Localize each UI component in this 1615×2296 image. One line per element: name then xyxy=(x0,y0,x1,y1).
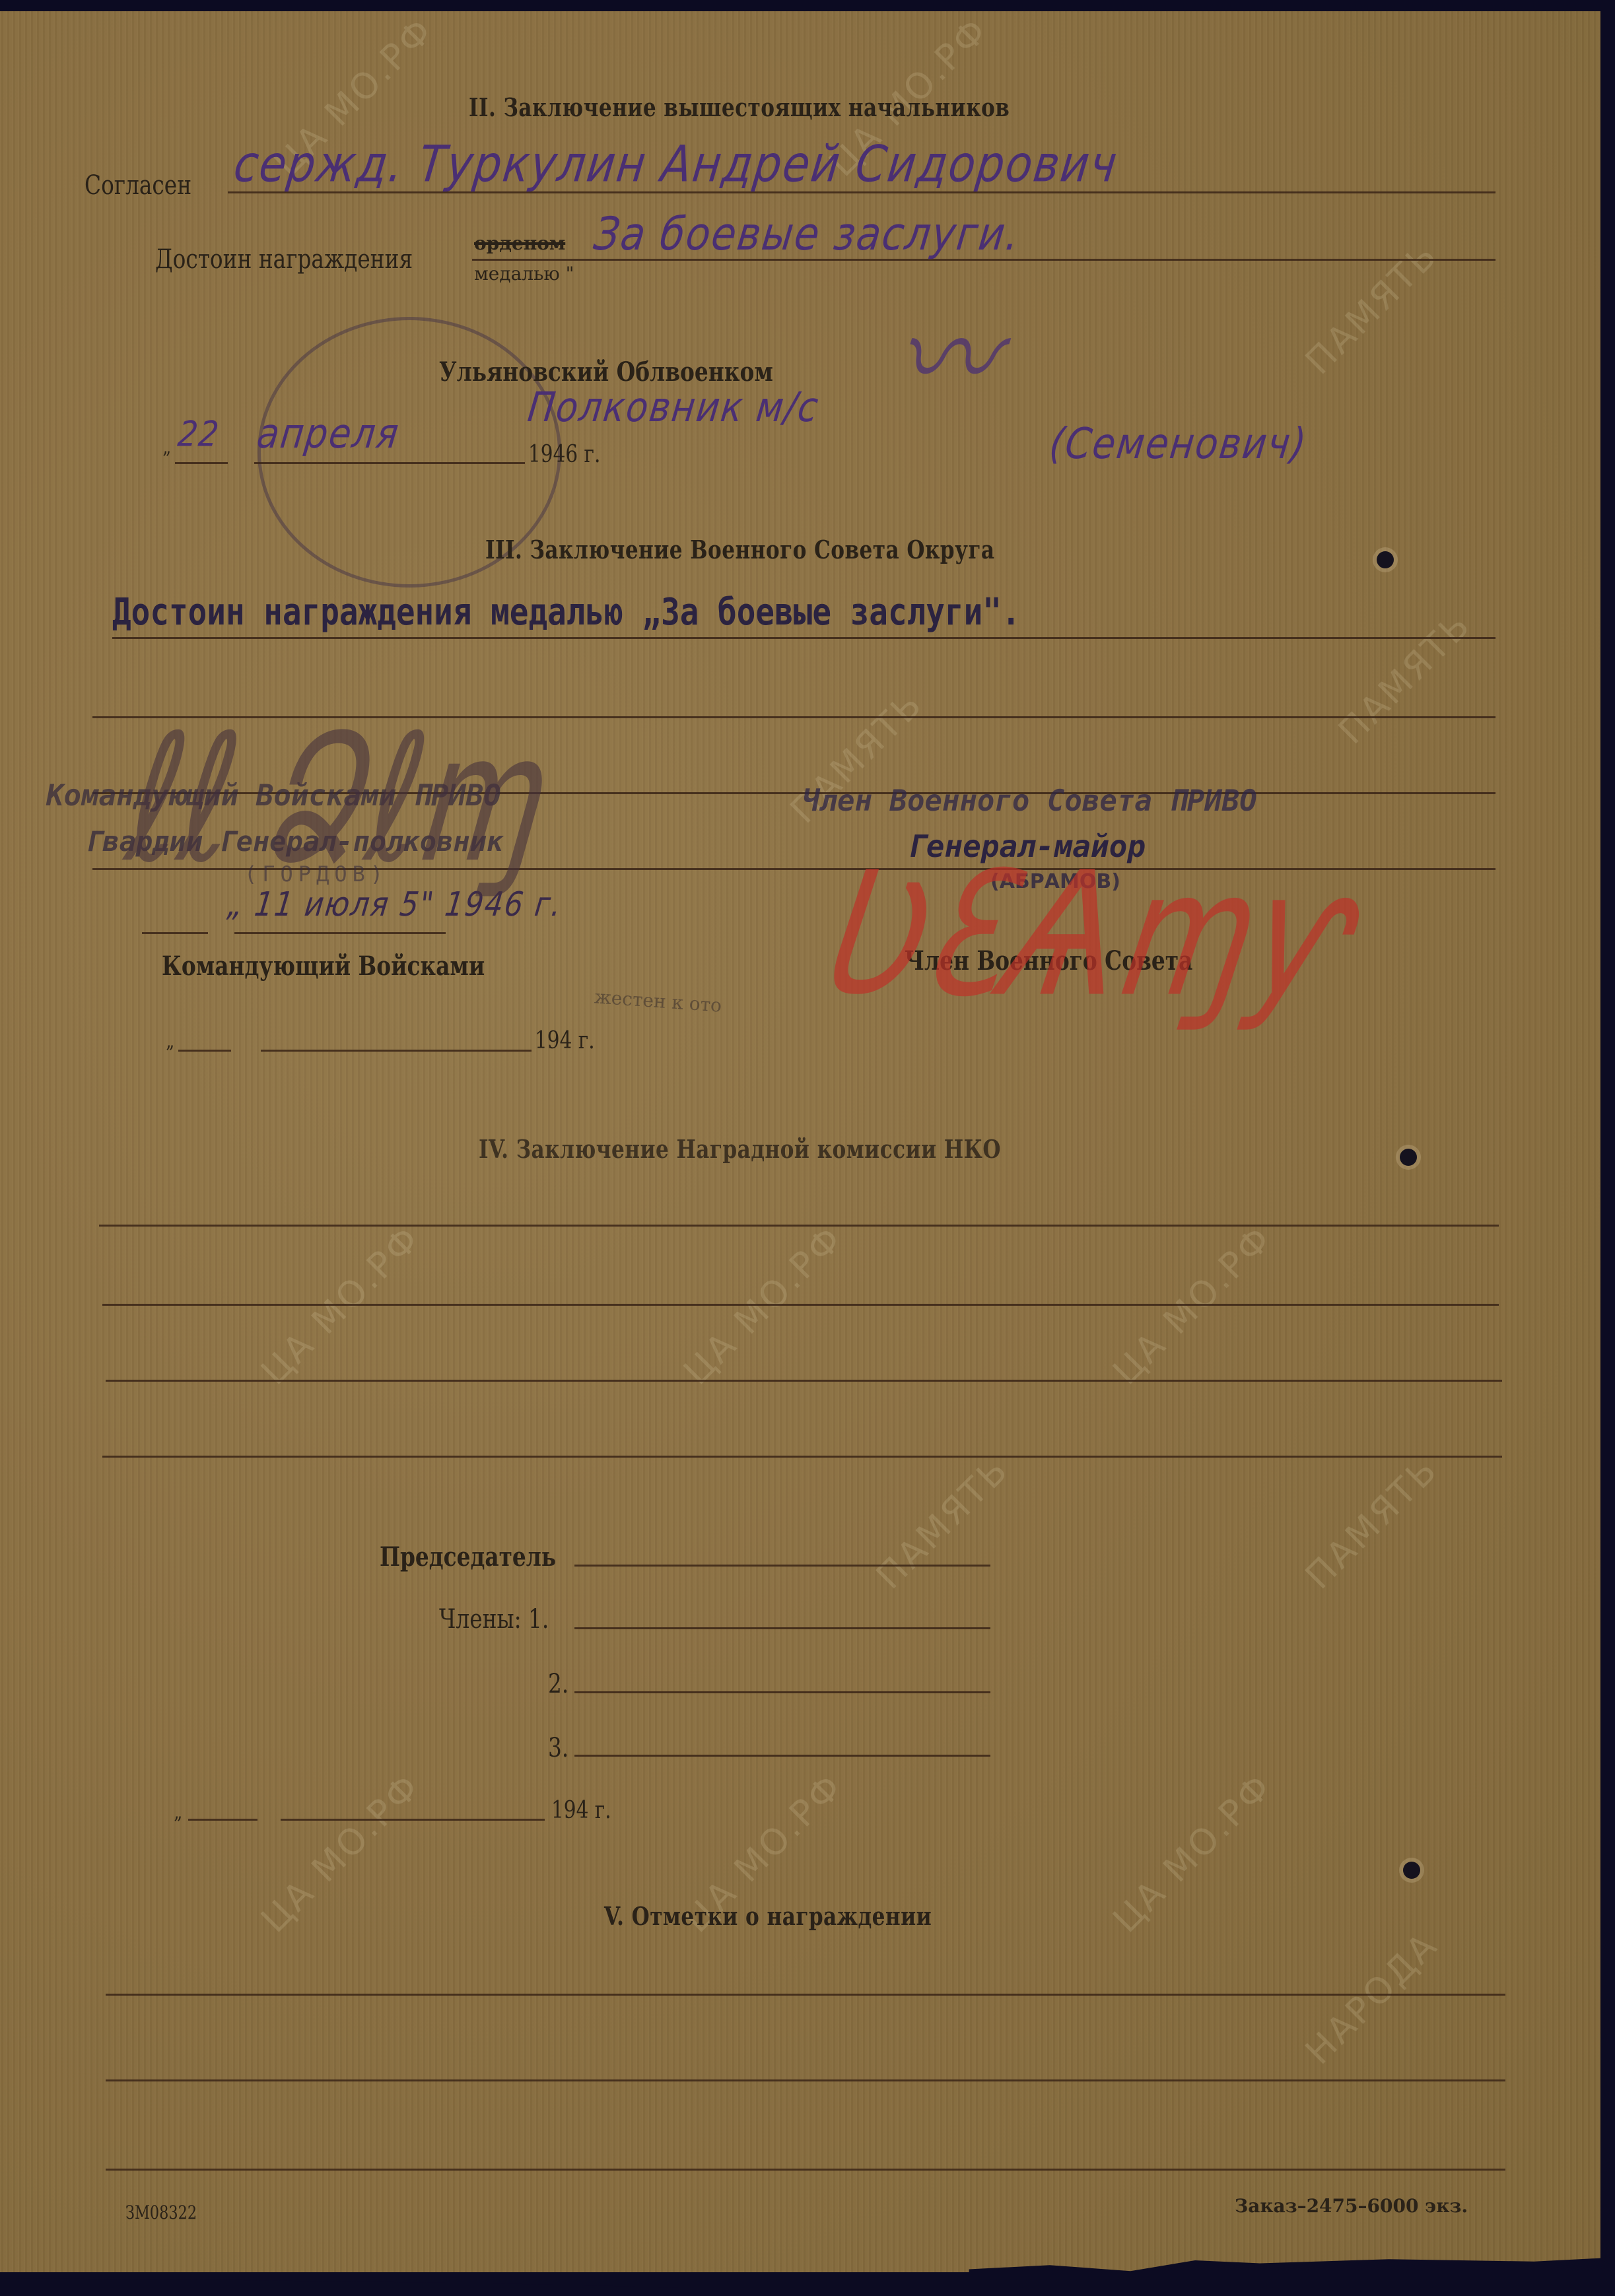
council-stamp-line1: Член Военного Совета ПРИВО xyxy=(802,784,1257,818)
blank-line xyxy=(106,1380,1502,1382)
date-month-handwritten: апреля xyxy=(255,409,403,457)
date-blank: 194 г. xyxy=(535,1027,595,1054)
date-open-quote: „ xyxy=(166,1030,174,1053)
date-open-quote: „ xyxy=(174,1801,182,1824)
date-day-line xyxy=(188,1819,258,1821)
blank-line xyxy=(102,1456,1502,1458)
members-label: Члены: 1. xyxy=(439,1604,549,1635)
chairman-label: Председатель xyxy=(380,1541,556,1572)
member-2-label: 2. xyxy=(548,1669,568,1699)
agree-label: Согласен xyxy=(85,170,191,201)
commander-label: Командующий Войсками xyxy=(162,951,485,982)
date-blank: 194 г. xyxy=(551,1797,611,1824)
chairman-line xyxy=(574,1565,990,1567)
punch-hole xyxy=(1377,551,1394,568)
section-4-heading: IV. Заключение Наградной комиссии НКО xyxy=(479,1134,1001,1164)
date-day-handwritten: 22 xyxy=(176,413,222,454)
member-1-line xyxy=(574,1627,990,1629)
date-month-line xyxy=(281,1819,545,1821)
blank-line xyxy=(99,1225,1499,1227)
blank-line xyxy=(106,1994,1505,1996)
signature-abramov-red: ƲƐѦɱƴ xyxy=(814,835,1367,1035)
date-month-line xyxy=(254,462,525,464)
date-open-quote: „ xyxy=(162,436,171,459)
agree-handwritten: сержд. Туркулин Андрей Сидорович xyxy=(231,135,1121,193)
signature-gordov: ℓℓ Ձℓɱ xyxy=(118,697,560,901)
worthy-label: Достоин награждения xyxy=(155,244,413,275)
punch-hole xyxy=(1403,1862,1420,1879)
section-3-heading: III. Заключение Военного Совета Округа xyxy=(485,535,994,564)
date-day-line xyxy=(178,1050,231,1052)
stamped-decision: Достоин награждения медалью „За боевые з… xyxy=(112,591,1021,634)
date-year: 1946 г. xyxy=(528,441,600,468)
form-code: ЗМ08322 xyxy=(125,2202,197,2223)
date-day-line xyxy=(175,462,228,464)
member-3-line xyxy=(574,1755,990,1757)
blank-line xyxy=(106,2169,1505,2171)
member-2-line xyxy=(574,1691,990,1693)
signature-name-handwritten: (Семенович) xyxy=(1047,419,1309,469)
punch-hole xyxy=(1400,1149,1417,1166)
blank-line xyxy=(102,1304,1499,1306)
decision-line xyxy=(112,637,1495,639)
member-3-label: 3. xyxy=(548,1733,568,1763)
medal-option: медалью " xyxy=(474,263,574,285)
order-option-struck: орденом xyxy=(474,232,565,254)
blank-line xyxy=(106,2079,1505,2081)
rank-handwritten: Полковник м/с xyxy=(526,383,822,430)
commander-date-line xyxy=(234,932,446,934)
section-5-heading: V. Отметки о награждении xyxy=(604,1901,932,1931)
print-order: Заказ–2475–6000 экз. xyxy=(1235,2195,1468,2217)
commander-date-line xyxy=(142,932,208,934)
date-month-line xyxy=(261,1050,532,1052)
section-2-heading: II. Заключение вышестоящих начальников xyxy=(469,92,1010,122)
